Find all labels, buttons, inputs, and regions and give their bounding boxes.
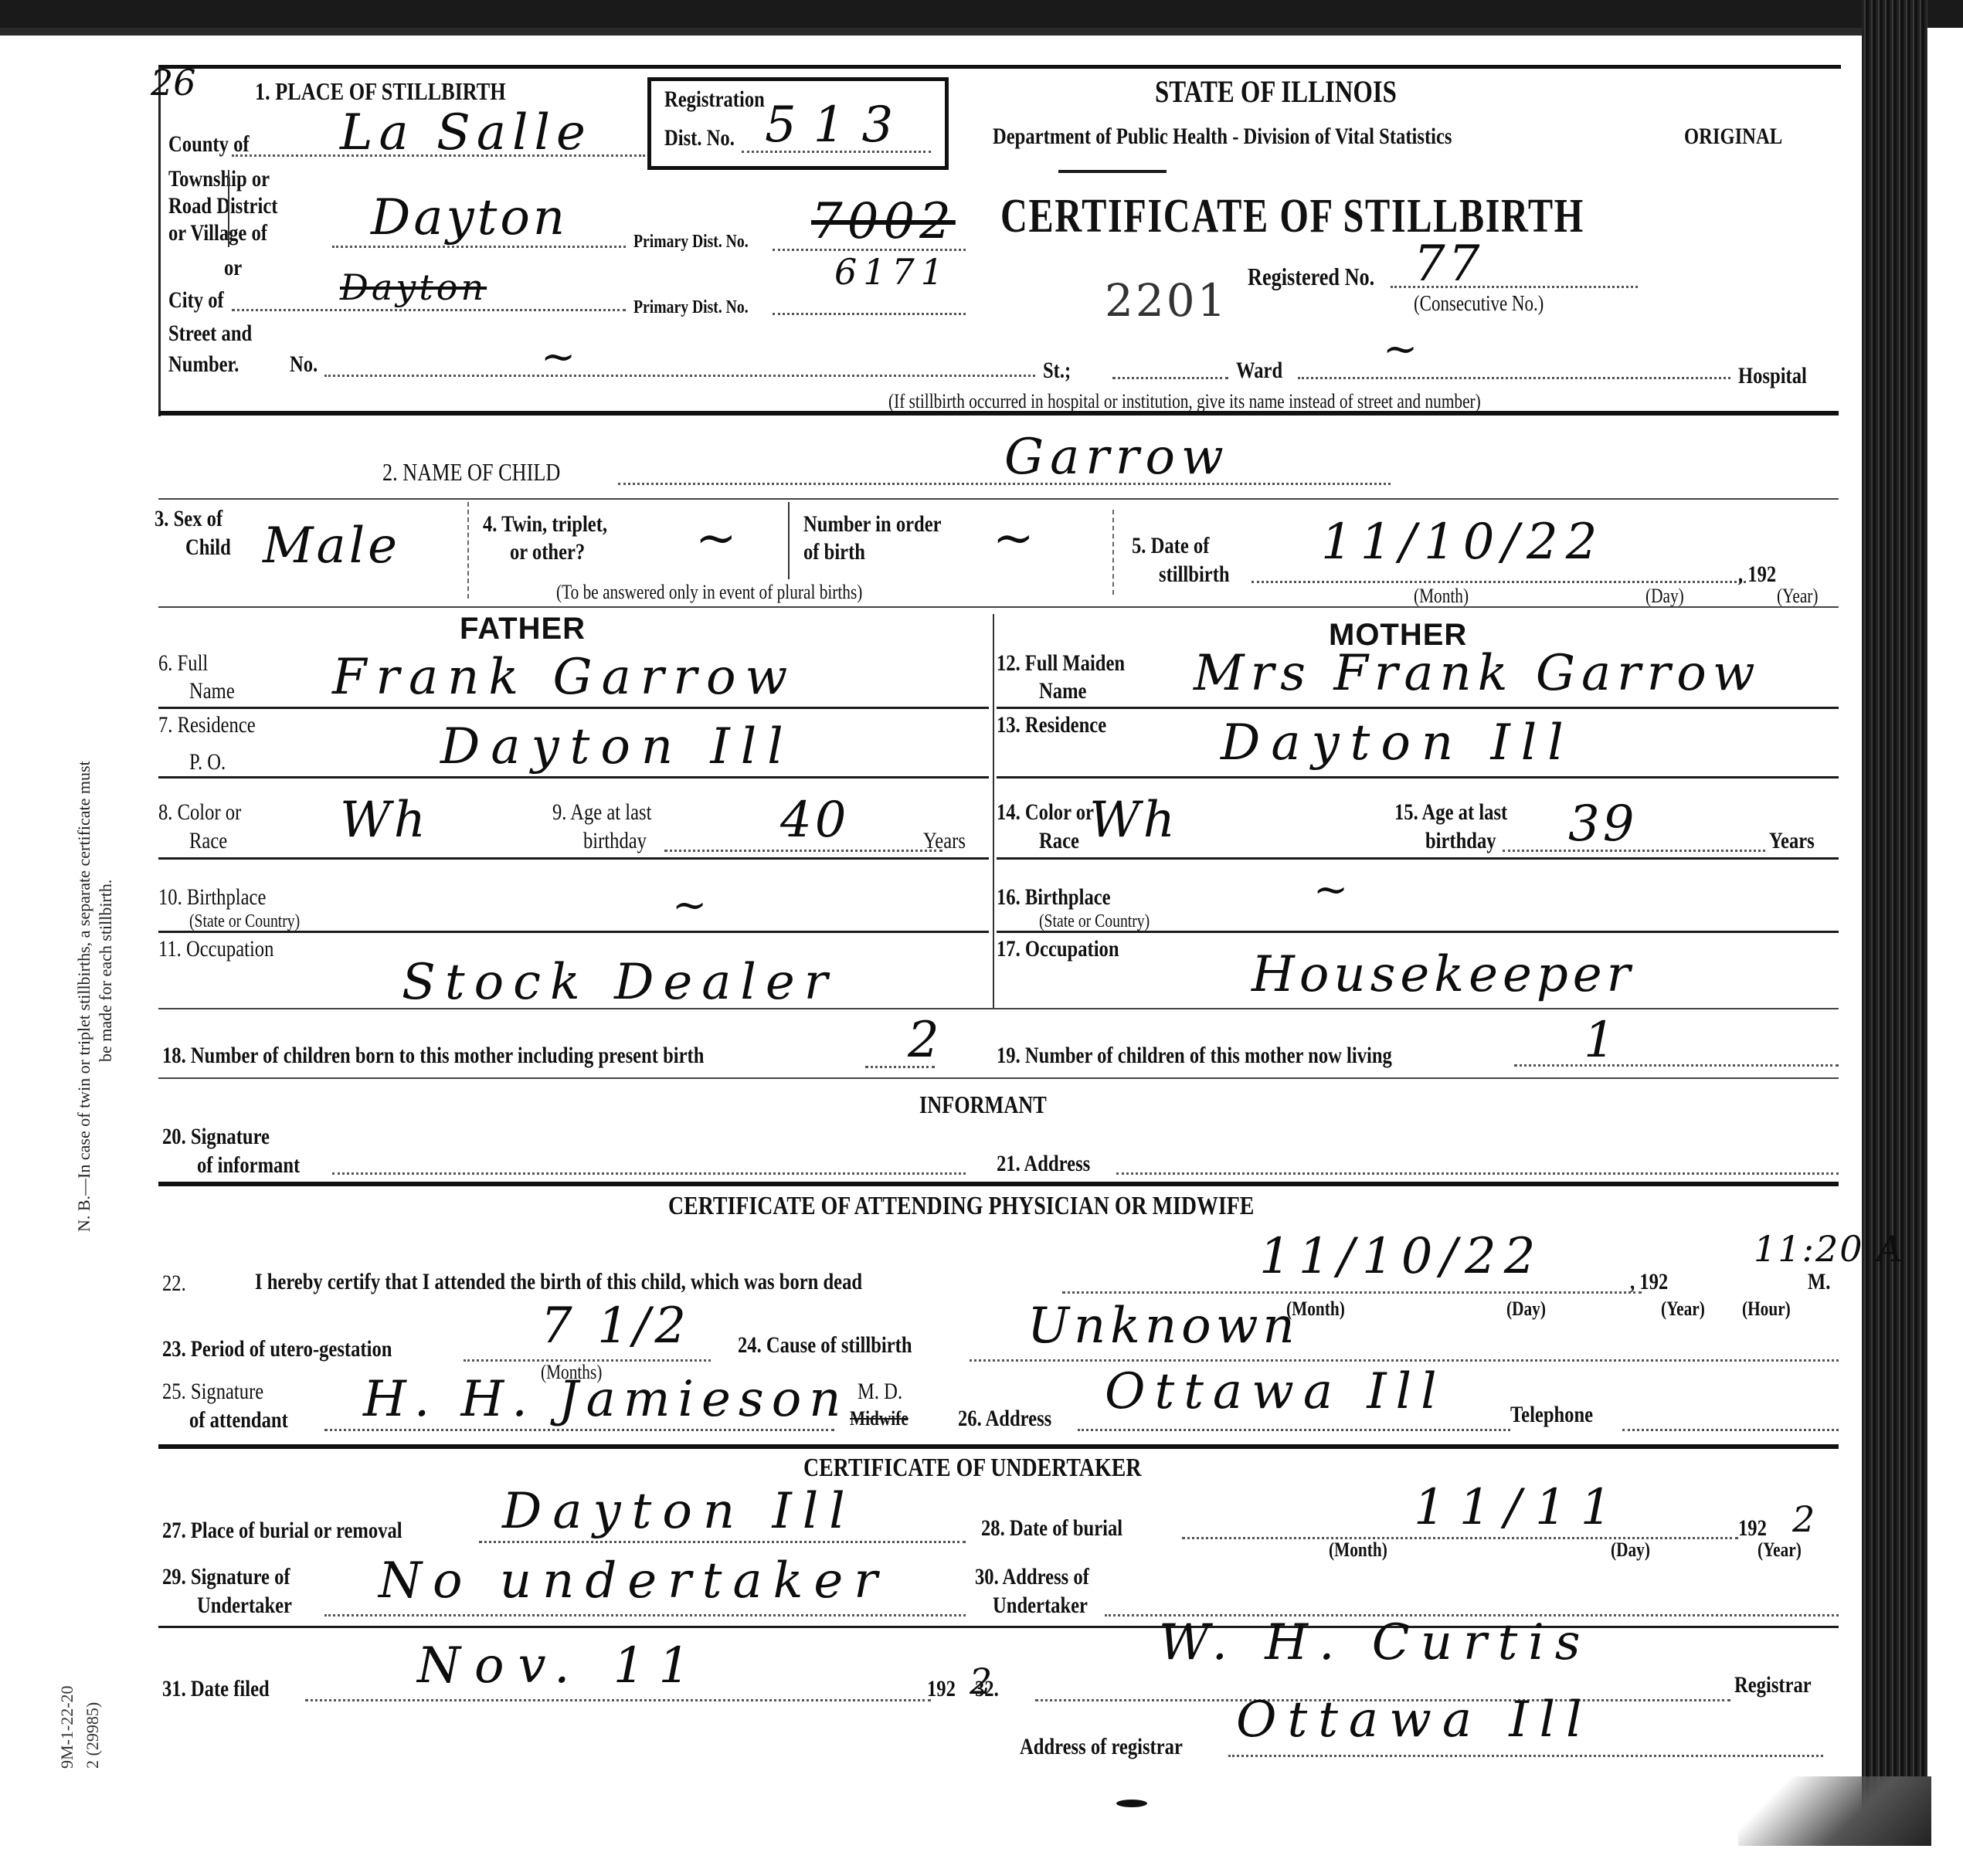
father-race-label-1: 8. Color or: [158, 799, 241, 826]
registration-label: Registration: [664, 87, 765, 114]
street-line: [324, 375, 1035, 377]
gestation-value[interactable]: 7 1/2: [541, 1298, 691, 1355]
father-name-label-1: 6. Full: [158, 650, 208, 677]
divider: [158, 1008, 1839, 1009]
father-race-label-2: Race: [189, 828, 227, 855]
born-dead-year-prefix: , 192: [1630, 1269, 1668, 1296]
form-code-2: 2 (29985): [80, 1685, 105, 1769]
date-filed-value[interactable]: Nov. 11: [417, 1637, 704, 1695]
no-label: No.: [290, 351, 318, 378]
date-filed-year-prefix: 192: [927, 1676, 956, 1703]
scan-border-right: [1862, 0, 1927, 1846]
margin-note: N. B.—In case of twin or triplet stillbi…: [73, 761, 116, 1232]
father-birthplace-value[interactable]: ~: [672, 880, 710, 929]
undertaker-signature-label-2: Undertaker: [197, 1593, 292, 1620]
township-label-3: or Village of: [168, 220, 267, 247]
divider: [158, 857, 989, 860]
father-name-label-2: Name: [189, 678, 235, 705]
divider: [1112, 510, 1114, 595]
father-birthplace-label: 10. Birthplace: [158, 884, 266, 911]
certify-text: I hereby certify that I attended the bir…: [255, 1269, 862, 1296]
mother-years-label: Years: [1769, 828, 1815, 855]
mother-age-label-2: birthday: [1425, 828, 1496, 855]
hour-value[interactable]: 11:20 A: [1754, 1228, 1904, 1270]
informant-signature-label-2: of informant: [197, 1152, 300, 1179]
divider: [467, 502, 469, 599]
burial-place-line: [479, 1541, 966, 1543]
form-code: 9M-1-22-20 2 (29985): [54, 1685, 105, 1769]
margin-note-line-1: N. B.—In case of twin or triplet stillbi…: [73, 761, 95, 1232]
informant-address-label: 21. Address: [997, 1151, 1090, 1178]
father-occupation-value[interactable]: Stock Dealer: [402, 954, 837, 1011]
mother-birthplace-value[interactable]: ~: [1313, 865, 1351, 914]
child-name-value[interactable]: Garrow: [1004, 429, 1230, 486]
st-line: [1112, 377, 1228, 379]
mother-birthplace-label: 16. Birthplace: [997, 884, 1111, 911]
stillbirth-year-prefix: , 192: [1738, 561, 1776, 589]
mother-occupation-label: 17. Occupation: [997, 936, 1119, 963]
ward-value[interactable]: ~: [1383, 324, 1421, 373]
dist-no-label: Dist. No.: [664, 125, 735, 152]
father-age-label-2: birthday: [583, 828, 647, 855]
ward-label: Ward: [1236, 358, 1282, 385]
corner-number: 26: [151, 62, 196, 103]
informant-address-line[interactable]: [1116, 1172, 1839, 1175]
physician-year-hint: (Year): [1661, 1298, 1705, 1321]
father-heading: FATHER: [460, 612, 586, 646]
date-label-2: stillbirth: [1159, 561, 1230, 589]
mother-name-label-2: Name: [1039, 678, 1086, 705]
original-label: ORIGINAL: [1684, 124, 1782, 150]
telephone-line[interactable]: [1622, 1429, 1839, 1431]
or-label: or: [224, 255, 242, 282]
day-hint: (Day): [1645, 585, 1684, 608]
children-living-label: 19. Number of children of this mother no…: [997, 1043, 1392, 1070]
attendant-address-label: 26. Address: [958, 1406, 1051, 1433]
divider: [997, 857, 1839, 860]
registrar-address-line: [1228, 1755, 1823, 1757]
ink-mark: [1116, 1800, 1147, 1807]
born-dead-date-line: [1062, 1291, 1642, 1294]
mother-name-label-1: 12. Full Maiden: [997, 650, 1125, 677]
physician-heading: CERTIFICATE OF ATTENDING PHYSICIAN OR MI…: [668, 1192, 1254, 1221]
cause-value[interactable]: Unknown: [1027, 1298, 1299, 1355]
divider: [997, 776, 1839, 779]
header-rule: [1058, 170, 1167, 173]
informant-signature-label-1: 20. Signature: [162, 1124, 270, 1151]
burial-year-value[interactable]: 2: [1792, 1498, 1818, 1540]
order-value[interactable]: ~: [993, 510, 1038, 567]
scan-corner-shadow: [1738, 1776, 1931, 1846]
divider: [997, 707, 1839, 709]
scan-border-top: [0, 0, 1963, 28]
children-born-value[interactable]: 2: [908, 1012, 942, 1069]
children-born-label: 18. Number of children born to this moth…: [162, 1043, 704, 1070]
attendant-signature-label-2: of attendant: [189, 1407, 288, 1434]
consecutive-hint: (Consecutive No.): [1414, 292, 1544, 317]
scan-border-top-shadow: [0, 28, 1877, 36]
ward-line: [1298, 377, 1730, 379]
certificate-title: CERTIFICATE OF STILLBIRTH: [1000, 189, 1584, 244]
date-filed-label: 31. Date filed: [162, 1676, 270, 1703]
registrar-signature-value[interactable]: W. H. Curtis: [1159, 1614, 1591, 1671]
mother-residence-label: 13. Residence: [997, 712, 1106, 739]
md-label: M. D.: [858, 1379, 902, 1406]
attendant-signature-label-1: 25. Signature: [162, 1379, 263, 1406]
informant-heading: INFORMANT: [919, 1091, 1047, 1119]
department-title: Department of Public Health - Division o…: [993, 124, 1452, 150]
mother-race-label-2: Race: [1039, 828, 1079, 855]
child-name-label: 2. NAME OF CHILD: [382, 458, 560, 487]
primary-dist-value-struck[interactable]: 7002: [811, 193, 956, 250]
attendant-signature-value[interactable]: H. H. Jamieson: [363, 1371, 848, 1428]
informant-signature-line[interactable]: [332, 1172, 966, 1175]
attendant-address-value[interactable]: Ottawa Ill: [1105, 1363, 1446, 1420]
divider: [158, 931, 989, 933]
township-label-1: Township or: [168, 166, 270, 193]
twin-value[interactable]: ~: [695, 510, 740, 567]
township-label-2: Road District: [168, 193, 277, 220]
mother-age-value[interactable]: 39: [1568, 796, 1637, 853]
mother-occupation-value[interactable]: Housekeeper: [1251, 946, 1635, 1003]
attendant-signature-line: [324, 1429, 834, 1431]
divider: [158, 707, 989, 709]
burial-year-hint: (Year): [1758, 1538, 1802, 1562]
father-name-value[interactable]: Frank Garrow: [332, 649, 796, 706]
registrar-no: 32.: [975, 1676, 999, 1703]
father-age-line: [664, 850, 942, 852]
st-label: St.;: [1043, 358, 1071, 385]
primary-dist-label-2: Primary Dist. No.: [633, 297, 749, 319]
burial-date-line: [1182, 1537, 1738, 1539]
father-years-label: Years: [923, 828, 966, 855]
state-title: STATE OF ILLINOIS: [1155, 73, 1397, 110]
city-line: [232, 309, 626, 311]
dist-no-value[interactable]: 513: [765, 97, 910, 154]
county-value[interactable]: La Salle: [340, 104, 592, 161]
children-living-line: [1514, 1064, 1839, 1067]
mother-name-value[interactable]: Mrs Frank Garrow: [1194, 645, 1761, 702]
sex-label-2: Child: [185, 534, 231, 561]
column-divider: [993, 614, 994, 1008]
street-value[interactable]: ~: [541, 332, 579, 381]
father-residence-value[interactable]: Dayton Ill: [440, 718, 794, 775]
gestation-label: 23. Period of utero-gestation: [162, 1336, 392, 1363]
father-birthplace-hint: (State or Country): [189, 911, 300, 933]
twin-label-1: 4. Twin, triplet,: [483, 511, 607, 538]
mother-residence-value[interactable]: Dayton Ill: [1221, 714, 1574, 772]
hospital-label: Hospital: [1738, 363, 1807, 390]
physician-item-no: 22.: [162, 1270, 186, 1298]
stamp-number: 2201: [1105, 274, 1228, 327]
divider: [158, 1077, 1839, 1079]
divider: [158, 776, 989, 779]
hour-suffix: M.: [1808, 1269, 1830, 1296]
primary-dist-value[interactable]: 6171: [834, 251, 949, 293]
divider: [158, 498, 1839, 500]
sex-label-1: 3. Sex of: [155, 506, 222, 533]
burial-place-label: 27. Place of burial or removal: [162, 1518, 402, 1545]
undertaker-address-label-2: Undertaker: [993, 1593, 1088, 1620]
order-label-2: of birth: [803, 539, 865, 566]
divider: [158, 1182, 1839, 1186]
stillbirth-date-line: [1251, 581, 1746, 583]
divider: [158, 1444, 1839, 1449]
midwife-label-struck: Midwife: [850, 1407, 908, 1430]
undertaker-signature-line: [324, 1614, 966, 1616]
street-label-1: Street and: [168, 321, 252, 348]
cause-label: 24. Cause of stillbirth: [738, 1332, 912, 1359]
undertaker-signature-label-1: 29. Signature of: [162, 1564, 290, 1591]
year-hint: (Year): [1777, 585, 1818, 608]
primary-dist-line-2: [773, 313, 966, 315]
primary-dist-label-1: Primary Dist. No.: [633, 232, 749, 253]
children-living-value[interactable]: 1: [1584, 1012, 1618, 1069]
father-po-label: P. O.: [189, 749, 226, 776]
registered-no-value[interactable]: 77: [1414, 236, 1482, 293]
father-residence-label: 7. Residence: [158, 712, 256, 739]
father-age-value[interactable]: 40: [780, 792, 849, 849]
born-dead-date-value[interactable]: 11/10/22: [1259, 1228, 1543, 1285]
physician-hour-hint: (Hour): [1742, 1298, 1791, 1321]
sex-value[interactable]: Male: [263, 517, 400, 575]
divider: [997, 931, 1839, 933]
father-age-label-1: 9. Age at last: [552, 799, 651, 826]
burial-month-hint: (Month): [1329, 1538, 1387, 1562]
mother-race-value[interactable]: Wh: [1089, 792, 1178, 849]
month-hint: (Month): [1414, 585, 1469, 608]
burial-date-label: 28. Date of burial: [981, 1515, 1122, 1542]
margin-note-line-2: be made for each stillbirth.: [95, 761, 117, 1232]
city-value[interactable]: Dayton: [340, 266, 487, 308]
mother-age-label-1: 15. Age at last: [1394, 799, 1507, 826]
date-filed-line: [305, 1699, 931, 1701]
brace: [228, 170, 229, 247]
registrar-address-label: Address of registrar: [1020, 1734, 1183, 1761]
date-label-1: 5. Date of: [1132, 533, 1209, 560]
street-label-2: Number.: [168, 351, 239, 378]
divider: [158, 606, 1839, 608]
father-race-value[interactable]: Wh: [340, 792, 429, 849]
undertaker-heading: CERTIFICATE OF UNDERTAKER: [803, 1454, 1141, 1483]
order-label-1: Number in order: [803, 511, 942, 538]
undertaker-address-label-1: 30. Address of: [975, 1564, 1089, 1591]
registrar-address-value[interactable]: Ottawa Ill: [1236, 1691, 1593, 1749]
cause-line: [970, 1359, 1839, 1362]
attendant-address-line: [1078, 1429, 1510, 1431]
burial-day-hint: (Day): [1611, 1538, 1650, 1562]
registered-no-label: Registered No.: [1248, 263, 1374, 291]
form-code-1: 9M-1-22-20: [54, 1685, 80, 1769]
hospital-hint: (If stillbirth occurred in hospital or i…: [888, 390, 1481, 413]
telephone-label: Telephone: [1510, 1402, 1593, 1429]
physician-day-hint: (Day): [1506, 1298, 1546, 1321]
registrar-label: Registrar: [1734, 1672, 1812, 1699]
city-label: City of: [168, 287, 224, 314]
stillbirth-date-value[interactable]: 11/10/22: [1321, 514, 1605, 571]
burial-date-value[interactable]: 11/11: [1414, 1479, 1625, 1536]
father-occupation-label: 11. Occupation: [158, 936, 273, 963]
divider: [788, 502, 790, 579]
burial-place-value[interactable]: Dayton Ill: [502, 1483, 856, 1540]
undertaker-signature-value[interactable]: No undertaker: [379, 1552, 888, 1610]
township-value[interactable]: Dayton: [371, 189, 568, 246]
mother-birthplace-hint: (State or Country): [1039, 911, 1150, 933]
twin-label-2: or other?: [510, 539, 585, 566]
plural-hint: (To be answered only in event of plural …: [556, 581, 862, 604]
mother-race-label-1: 14. Color or: [997, 799, 1094, 826]
place-section-label: 1. PLACE OF STILLBIRTH: [255, 77, 506, 106]
